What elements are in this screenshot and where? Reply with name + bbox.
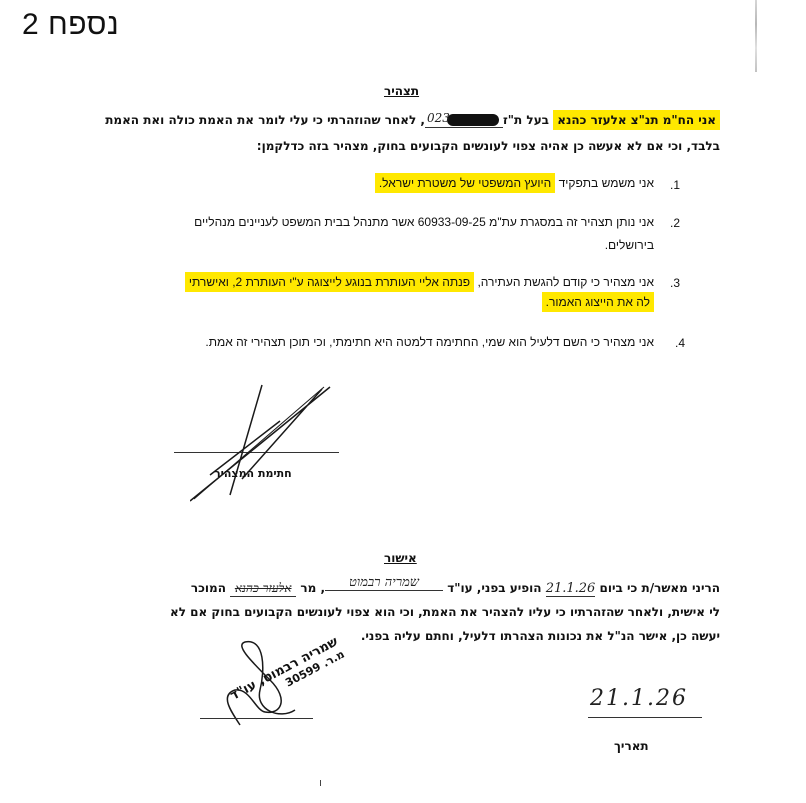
approval-line-1: הריני מאשר/ת כי ביום 21.1.26 הופיע בפני,… [191, 580, 720, 597]
item-2-number: .2 [670, 216, 680, 230]
item-1-text-before: אני משמש בתפקיד [555, 176, 654, 190]
id-redacted: 023 [425, 113, 503, 128]
date-label: תאריך [614, 739, 649, 753]
item-4-text: אני מצהיר כי השם דלעיל הוא שמי, החתימה ד… [205, 335, 654, 349]
handwritten-date: 21.1.26 [590, 686, 688, 711]
item-2-line-2: בירושלים. [605, 238, 654, 252]
item-1-number: .1 [670, 178, 680, 192]
approval-start: הריני מאשר/ת כי ביום [600, 581, 721, 595]
item-4-number: .4 [675, 336, 685, 350]
declarant-signature-icon [190, 383, 340, 503]
approval-line-3: יעשה כן, אישר הנ"ל את נכונות הצהרתו דלעי… [361, 629, 720, 643]
item-1-highlight: היועץ המשפטי של משטרת ישראל. [375, 173, 555, 193]
approval-heading: אישור [384, 551, 417, 565]
handwritten-appearance-date: 21.1.26 [546, 581, 596, 597]
approval-line-2: לי אישית, ולאחר שהזהרתיו כי עליו להצהיר … [170, 605, 720, 619]
item-3-text-before: אני מצהיר כי קודם להגשת העתירה, [474, 275, 654, 289]
scan-speck [320, 780, 321, 786]
approval-known: המוכר [191, 581, 226, 595]
handwritten-lawyer-name: שמריה רבמוט [325, 574, 443, 591]
approval-mr: , מר [300, 581, 325, 595]
lawyer-signature-line [200, 718, 313, 719]
annex-title: נספח 2 [22, 8, 119, 42]
declaration-heading: תצהיר [384, 84, 419, 98]
intro-continuation: , לאחר שהוזהרתי כי עלי לומר את האמת כולה… [105, 113, 425, 127]
item-1-text: אני משמש בתפקיד היועץ המשפטי של משטרת יש… [375, 176, 654, 190]
intro-line-2: בלבד, וכי אם לא אעשה כן אהיה צפוי לעונשי… [257, 139, 720, 153]
item-3-line-1: אני מצהיר כי קודם להגשת העתירה, פנתה אלי… [185, 275, 654, 289]
intro-line-1: אני הח"מ תנ"צ אלעזר כהנא בעל ת"ז023, לאח… [105, 113, 720, 128]
approval-appeared: הופיע בפני, עו"ד [447, 581, 541, 595]
item-2-line-1: אני נותן תצהיר זה במסגרת עת"מ 60933-09-2… [194, 215, 654, 229]
item-3-number: .3 [670, 276, 680, 290]
item-3-highlight-1: פנתה אליי העותרת בנוגע לייצוגה ע"י העותר… [185, 272, 474, 292]
scan-edge [755, 0, 757, 72]
declarant-name-highlight: אני הח"מ תנ"צ אלעזר כהנא [553, 110, 720, 130]
date-line [588, 717, 702, 718]
item-3-highlight-2: לה את הייצוג האמור. [542, 292, 654, 312]
id-label: בעל ת"ז [503, 113, 549, 127]
item-3-line-2: לה את הייצוג האמור. [542, 295, 654, 309]
declarant-signature-label: חתימת המצהיר [214, 467, 292, 480]
handwritten-declarant-name: אלעזר כהנא [230, 581, 296, 597]
